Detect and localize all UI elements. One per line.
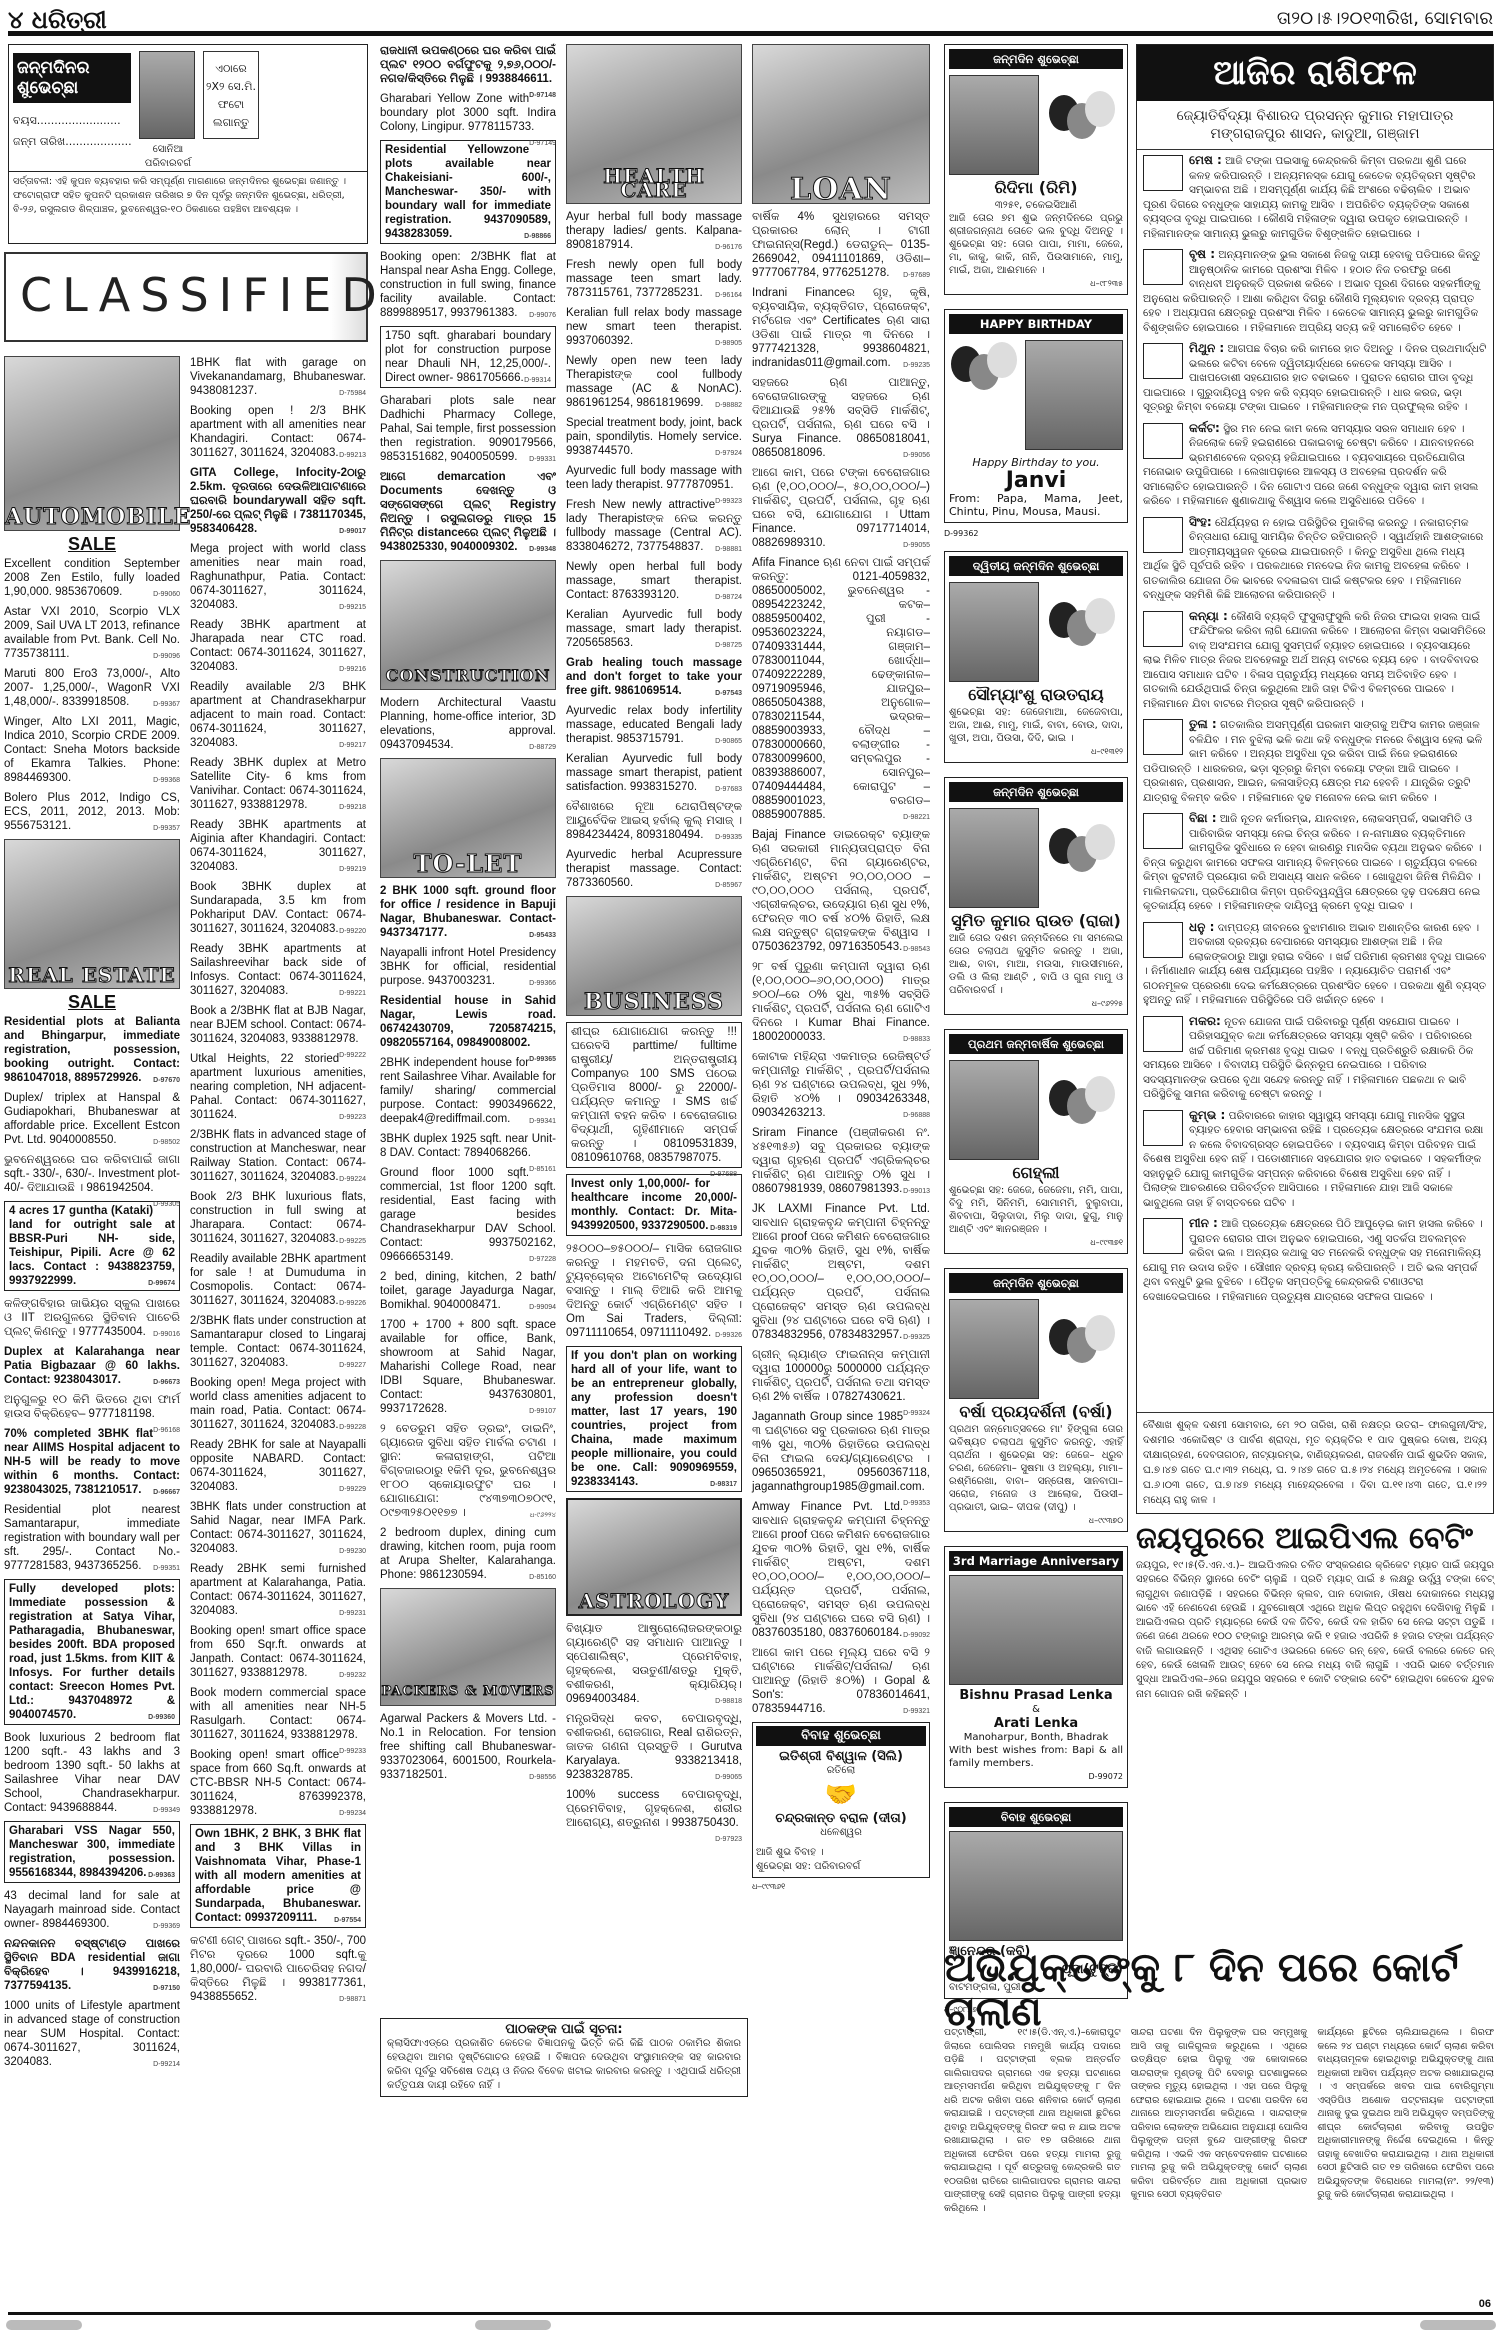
ad-code: D-98871 <box>339 1993 366 2007</box>
classified-ad: Ready 3BHK apartments at Sailashreevihar… <box>190 942 366 998</box>
ad-code: D-98221 <box>903 811 930 825</box>
balloons-icon <box>1045 808 1123 908</box>
wedding-wish-box: ବିବାହ ଶୁଭେଚ୍ଛା ଇତିଶ୍ରୀ ବିଶ୍ୱାଳ (ସିଲି) ରତ… <box>752 1722 930 1878</box>
ad-code: D-97228 <box>529 1253 556 1267</box>
wish-janmadin: ଜନ୍ମଦିନ ଶୁଭେଚ୍ଛାସୁମିତ କୁମାର ରାଉତ (ରାଜା)ଆ… <box>944 777 1128 1015</box>
ad-code: D-97149 <box>529 137 556 151</box>
classified-ad: 2 bed, dining, kitchen, 2 bath/ toilet, … <box>380 1270 556 1312</box>
ad-code: D-98818 <box>715 1695 742 1709</box>
ad-code: D-97683 <box>715 783 742 797</box>
ad-code: D-97689 <box>903 269 930 283</box>
ad-text: 100% success ବେପାରବୃଦ୍ଧି, ପ୍ରେମବିବାହ, ଗୃ… <box>566 1789 742 1829</box>
ad-code: D-99305 <box>153 1198 180 1212</box>
classified-ad: Booking open ! 2/3 BHK apartment with al… <box>190 404 366 460</box>
ad-text: ବିଖ୍ୟାତ ଆଷ୍ଟ୍ରୋଲୋଜରଙ୍କଠାରୁ ଗ୍ୟାରେଣ୍ଟି ସହ… <box>566 1623 742 1705</box>
ad-code: D-99216 <box>339 663 366 677</box>
zodiac-sign-icon <box>1143 719 1183 755</box>
wish-message: ଶୁଭେଚ୍ଛା ସହ: ଜେଜେ, ଜେଜେମା, ମମି, ପାପା, ବି… <box>949 1184 1123 1236</box>
classified-ad: Ayurvedic full body massage with teen la… <box>566 464 742 492</box>
ad-code: D-98543 <box>903 943 930 957</box>
rashi-text: ପରିବାରରେ କାହାର ସ୍ୱାସ୍ଥ୍ୟ ସମସ୍ୟା ଯୋଗୁ ମାନ… <box>1143 1110 1483 1209</box>
ad-text: 4 acres 17 guntha (Kataki) land for outr… <box>9 1205 175 1287</box>
classified-ad: ଶୀଘ୍ର ଯୋଗାଯୋଗ କରନ୍ତୁ !!! ଘରେବସି parttime… <box>566 1022 742 1168</box>
zodiac-sign-icon <box>1143 813 1183 849</box>
classified-ad: Ready 2BHK semi furnished apartment at K… <box>190 1562 366 1618</box>
classified-ad: ନନ୍ଦନକାନନ ବସ୍‌ଷ୍ଟାଣ୍ଡ ପାଖରେ ସ୍ଥିତିବାନ BD… <box>4 1937 180 1993</box>
ad-code: D-99368 <box>153 774 180 788</box>
rashi-list: ମେଷ : ଆଜି ଟଙ୍କା ପଇସାକୁ କେନ୍ଦ୍ରକରି କିମ୍ବା… <box>1137 150 1493 1307</box>
news-ipl-betting: ଜୟପୁରରେ ଆଇପିଏଲ ବେଟିଂ ଜୟପୁର, ୧୯।୫(ଡି.ଏନ.ଏ… <box>1136 1522 1494 1702</box>
ad-code: D-97923 <box>715 1833 742 1847</box>
child-name: ସୁମିତ କୁମାର ରାଉତ (ରାଜା) <box>949 914 1123 928</box>
classified-ad: ଅନୁଗୁଳରୁ ୧୦ କିମି ଭିତରେ ଥିବା ଫାର୍ମ ହାଉସ ବ… <box>4 1393 180 1421</box>
rashifal-box: ଆଜିର ରାଶିଫଳ ଜ୍ୟୋତିର୍ବିଦ୍ୟା ବିଶାରଦ ପ୍ରସନ୍… <box>1136 44 1494 1514</box>
wish-message: ଶୁଭେଚ୍ଛା ସହ: ଜେଜେମାଆ, ଜେଜେବାପା, ଅଜା, ଆଈ,… <box>949 706 1123 745</box>
ad-code: D-96667 <box>153 1486 180 1500</box>
classified-ad: Excellent condition September 2008 Zen E… <box>4 557 180 599</box>
ad-text: Book luxurious 2 bedroom flat 1200 sqft.… <box>4 1732 180 1814</box>
panjika: ବୈଶାଖ ଶୁକ୍ଳ ଦଶମୀ ସୋମବାର, ମେ ୨୦ ତାରିଖ, ରା… <box>1137 1412 1493 1513</box>
age-field[interactable]: ବୟସ........................ <box>13 110 133 131</box>
child-photo <box>949 75 1039 175</box>
rashi-entry: କନ୍ୟା : କୌଣସି ବ୍ୟକ୍ତି ଫୁସୁଲାଫୁସୁଲି କରି ନ… <box>1137 606 1493 715</box>
classified-ad: 3BHK flats under construction at Sahid N… <box>190 1500 366 1556</box>
realestate-ads: Residential plots at Balianta and Bhinga… <box>4 1015 180 2069</box>
wish-address: ୩୨୫୧, ଚକେଇସିଆଣି <box>949 199 1123 212</box>
astrology-label: ASTROLOGY <box>568 1594 740 1608</box>
wedding-wish-header: ବିବାହ ଶୁଭେଚ୍ଛା <box>756 1726 926 1746</box>
classified-ad: ଆଗେ କାମ, ପରେ ଟଙ୍କା ବେରୋଜଗାର ଋଣ (୧,୦୦,୦୦୦… <box>752 466 930 550</box>
rashi-entry: ଧନୁ : ଦାମ୍ପତ୍ୟ ଜୀବନରେ ବୁଝାମଣାର ଅଭାବ ଅଶାନ… <box>1137 917 1493 1011</box>
classified-ad: JK LAXMI Finance Pvt. Ltd. ସାବଧାନ ଗ୍ରାହକ… <box>752 1202 930 1342</box>
ad-code: D-99230 <box>339 1545 366 1559</box>
rashifal-author-block: ଜ୍ୟୋତିର୍ବିଦ୍ୟା ବିଶାରଦ ପ୍ରସନ୍ନ କୁମାର ମହାପ… <box>1137 101 1493 150</box>
classified-ad: Mega project with world class amenities … <box>190 542 366 612</box>
ad-text: Book modern commercial space with all am… <box>190 1687 366 1741</box>
rashi-text: ସ୍ଥିର ମନ ନେଇ କାମ କଲେ ସମସ୍ୟାର ସରଳ ସମାଧାନ … <box>1143 423 1478 508</box>
ad-text: ଅନୁଗୁଳରୁ ୧୦ କିମି ଭିତରେ ଥିବା ଫାର୍ମ ହାଉସ ବ… <box>4 1394 180 1420</box>
ad-text: Book a 2/3BHK flat at BJB Nagar, near BJ… <box>190 1005 366 1045</box>
ad-code: D-99226 <box>339 1297 366 1311</box>
classified-ad: Indrani Financeର ଗୃହ, କୃଷି, ବ୍ୟବସାୟିକ, ବ… <box>752 286 930 370</box>
wish-anniversary: 3rd Marriage AnniversaryBishnu Prasad Le… <box>944 1546 1128 1788</box>
ad-text: ୨ ବେଡରୁମ ସହିତ ଡ୍ରଇଂ, ଡାଇନିଂ, ଗ୍ୟାରେଜ ସୁବ… <box>380 1423 556 1519</box>
classified-ad: Grab healing touch massage and don't for… <box>566 656 742 698</box>
ad-code: D-99341 <box>529 1115 556 1129</box>
rashi-text: ଆଜି ଟଙ୍କା ପଇସାକୁ କେନ୍ଦ୍ରକରି କିମ୍ବା ପରକଥା… <box>1143 155 1476 240</box>
ad-code: D-99335 <box>715 831 742 845</box>
ad-code: D-85967 <box>715 879 742 893</box>
classified-ad: 2 BHK 1000 sqft. ground floor for office… <box>380 884 556 940</box>
rashi-name: ମୀନ : <box>1189 1216 1218 1230</box>
tolet-image: TO-LET <box>380 758 556 878</box>
wish-id: ଧ–୯୮୨୩୫ <box>949 277 1123 290</box>
classified-ad: 2/3BHK flats in advanced stage of constr… <box>190 1128 366 1184</box>
classified-ad: Keralian Ayurvedic full body massage sma… <box>566 752 742 794</box>
child-photo <box>949 808 1039 908</box>
balloons-icon <box>1045 582 1123 682</box>
classified-ad: Booking open! Mega project with world cl… <box>190 1376 366 1432</box>
scrollbar-mid[interactable] <box>475 2320 551 2330</box>
classified-ad: Fresh newly open full body massage teen … <box>566 258 742 300</box>
rashi-name: ତୁଳା : <box>1189 717 1217 731</box>
ad-code: D-99314 <box>524 374 551 388</box>
classified-ad: Booking open: 2/3BHK flat at Hanspal nea… <box>380 250 556 320</box>
zodiac-sign-icon <box>1143 155 1183 191</box>
classified-ad: Special treatment body, joint, back pain… <box>566 416 742 458</box>
page-number: 06 <box>1479 2298 1491 2310</box>
wish-id: ଧ–୯୬୨୨୫ <box>949 997 1123 1010</box>
ad-code: D-99360 <box>148 1711 175 1725</box>
classified-ad: ୨ ବେଡରୁମ ସହିତ ଡ୍ରଇଂ, ଡାଇନିଂ, ଗ୍ୟାରେଜ ସୁବ… <box>380 1422 556 1520</box>
rashi-entry: ବିଛା : ଆଜି ନୂତନ କର୍ମାରମ୍ଭ, ଯାନବାହନ, ଲୋକସ… <box>1137 808 1493 917</box>
zodiac-sign-icon <box>1143 1218 1183 1254</box>
rashi-entry: କର୍କଟ: ସ୍ଥିର ମନ ନେଇ କାମ କଲେ ସମସ୍ୟାର ସରଳ … <box>1137 418 1493 512</box>
ad-text: Afifa Finance ଋଣ ନେବା ପାଇଁ ସମ୍ପର୍କ କରନ୍ତ… <box>752 557 930 821</box>
ad-code: D-96164 <box>715 289 742 303</box>
ad-code: D-99363 <box>148 1869 175 1883</box>
zodiac-sign-icon <box>1143 517 1183 553</box>
ad-code: D-99016 <box>153 1328 180 1342</box>
ad-code: D-90865 <box>715 735 742 749</box>
realestate-sale-heading: SALE <box>4 995 180 1009</box>
balloons-icon <box>1045 1060 1123 1160</box>
ad-code: D-99674 <box>148 1277 175 1291</box>
loan-label: LOAN <box>753 183 929 197</box>
ad-text: ୨୮ ବର୍ଷ ପୁରୁଣା କମ୍ପାନୀ ଦ୍ୱାରା ଋଣ (୧,୦୦,୦… <box>752 961 930 1043</box>
ad-code: D-88729 <box>529 741 556 755</box>
ad-code: D-99060 <box>153 588 180 602</box>
classified-ad: Agarwal Packers & Movers Ltd. - No.1 in … <box>380 1712 556 1782</box>
classified-ad: Amway Finance Pvt. Ltd. ସାବଧାନ ଗ୍ରାହକବୃନ… <box>752 1500 930 1640</box>
ad-code: D-99331 <box>529 453 556 467</box>
classified-ad: 2 bedroom duplex, dining cum drawing, ki… <box>380 1526 556 1582</box>
page-label: ୪ ଧରିତ୍ରୀ <box>8 6 107 34</box>
ad-code: ଧ-୯୬୨୨୪ <box>530 1509 556 1523</box>
packers-image: PACKERS & MOVERS <box>380 1588 556 1706</box>
wish-message: ଆଜି ତୋର ୭ମ ଶୁଭ ଜନ୍ମଦିନରେ ପ୍ରଭୁ ଶ୍ରୀଜଗନ୍ନ… <box>949 212 1123 277</box>
ad-code: D-99235 <box>903 359 930 373</box>
child-photo <box>949 582 1039 682</box>
rashi-entry: ମେଷ : ଆଜି ଟଙ୍କା ପଇସାକୁ କେନ୍ଦ୍ରକରି କିମ୍ବା… <box>1137 150 1493 244</box>
classified-ad: Astar VXI 2010, Scorpio VLX 2009, Sail U… <box>4 605 180 661</box>
rashi-entry: ସିଂହ: ଧୈର୍ଯ୍ୟହରା ନ ହୋଇ ପରିସ୍ଥିତିର ମୁକାବି… <box>1137 512 1493 606</box>
automobile-sale-heading: SALE <box>4 537 180 551</box>
automobile-label: AUTOMOBILE <box>5 510 179 524</box>
ad-code: D-85160 <box>529 1571 556 1585</box>
ad-code: D-99227 <box>339 1359 366 1373</box>
ad-code: D-97148 <box>529 89 556 103</box>
astrology-image: ASTROLOGY <box>566 1498 742 1616</box>
name-2: Arati Lenka <box>949 1717 1123 1731</box>
classified-ad: 1000 units of Lifestyle apartment in adv… <box>4 1999 180 2069</box>
classified-ad: Invest only 1,00,000/- for healthcare in… <box>566 1174 742 1236</box>
rashi-name: କର୍କଟ: <box>1189 421 1220 435</box>
classified-ad: 4 acres 17 guntha (Kataki) land for outr… <box>4 1201 180 1291</box>
ad-text: Own 1BHK, 2 BHK, 3 BHK flat and 3 BHK Vi… <box>195 1828 361 1924</box>
classified-ad: Residential house in Sahid Nagar, Lewis … <box>380 994 556 1050</box>
zodiac-sign-icon <box>1143 611 1183 647</box>
ad-code: D-99231 <box>339 1607 366 1621</box>
rashi-text: ଦାମ୍ପତ୍ୟ ଜୀବନରେ ବୁଝାମଣାର ଅଭାବ ଅଶାନ୍ତିର କ… <box>1143 922 1486 1007</box>
name-field[interactable]: ନାମ......................... <box>13 89 133 110</box>
wish-header: ପ୍ରଥମ ଜନ୍ମବାର୍ଷିକ ଶୁଭେଚ୍ଛା <box>949 1034 1123 1054</box>
classified-ad: 1700 + 1700 + 800 sqft. space available … <box>380 1318 556 1416</box>
classified-ad: Gharabari plots sale near Dadhichi Pharm… <box>380 394 556 464</box>
healthcare-label: HEALTH CARE <box>567 169 741 197</box>
column-wishes: ଜନ୍ମଦିନ ଶୁଭେଚ୍ଛାରିଦିମା (ରିମି)୩୨୫୧, ଚକେଇସ… <box>944 44 1128 2027</box>
ad-code: D-97670 <box>153 1074 180 1088</box>
realestate-image: REAL ESTATE <box>4 839 180 989</box>
ad-text: 3BHK duplex 1925 sqft. near Unit-8 DAV. … <box>380 1133 556 1159</box>
classified-ad: Residential Yellowzone plots available n… <box>380 140 556 244</box>
classified-ad: Ready 2BHK for sale at Nayapalli opposit… <box>190 1438 366 1494</box>
wish-id: ଧ–୯୯୩୭୦ <box>949 1514 1123 1527</box>
classified-ad: Afifa Finance ଋଣ ନେବା ପାଇଁ ସମ୍ପର୍କ କରନ୍ତ… <box>752 556 930 822</box>
ad-text: ଆଗେ କାମ, ପରେ ଟଙ୍କା ବେରୋଜଗାର ଋଣ (୧,୦୦,୦୦୦… <box>752 467 930 549</box>
classified-ad: ୨୫୦୦୦–୭୫୦୦୦/– ମାସିକ ରୋଜଗାର କରନ୍ତୁ । ମହମବ… <box>566 1242 742 1340</box>
classified-ad: Readily available 2BHK apartment for sal… <box>190 1252 366 1308</box>
ampersand: & <box>949 1703 1123 1717</box>
classified-ad: Maruti 800 Ero3 73,000/-, Alto 2007- 1,2… <box>4 667 180 709</box>
ad-code: D-99213 <box>339 449 366 463</box>
classified-ad: Residential plot nearest Samantarapur, i… <box>4 1503 180 1573</box>
wish-from: With best wishes from: Bapi & all family… <box>949 1744 1123 1770</box>
ad-text: ଆଗେ demarcation ଏବଂ Documents ଦେଖନ୍ତୁ ଓ … <box>380 471 556 553</box>
classified-ad: If you don't plan on working hard all of… <box>566 1346 742 1492</box>
classified-title: CLASSIFIED <box>20 268 387 322</box>
ad-code: D-99349 <box>153 1804 180 1818</box>
rashi-text: ଆଜି ନୂତନ କର୍ମାରମ୍ଭ, ଯାନବାହନ, ଲୋକସମ୍ପର୍କ,… <box>1143 813 1482 912</box>
rashi-text: ନୂତନ ଯୋଜନା ପାଇଁ ପରିବାରରୁ ପୂର୍ଣ୍ଣ ସହଯୋଗ ପ… <box>1143 1016 1473 1101</box>
balloons-icon <box>949 340 1019 440</box>
ad-code: D-99229 <box>339 1483 366 1497</box>
classified-ad: Readily available 2/3 BHK apartment at C… <box>190 680 366 750</box>
classified-ad: ଭୁବନେଶ୍ୱରରେ ଘର କରିବାପାଇଁ ଜାଗା sqft.- 330… <box>4 1153 180 1195</box>
ad-text: Indrani Financeର ଗୃହ, କୃଷି, ବ୍ୟବସାୟିକ, ବ… <box>752 287 930 369</box>
dob-field[interactable]: ଜନ୍ମ ତାରିଖ................... <box>13 131 133 152</box>
ad-code: D-99351 <box>153 1562 180 1576</box>
ad-code: D-98882 <box>715 399 742 413</box>
child-name: ସୌମ୍ୟାଂଶୁ ରାଉତରାୟ <box>949 688 1123 702</box>
realestate-label: REAL ESTATE <box>5 968 179 982</box>
automobile-image: AUTOMOBILE <box>4 356 180 531</box>
ad-code: D-97150 <box>153 1982 180 1996</box>
wish-id: D-99362 <box>944 527 1128 541</box>
classified-ad: GITA College, Infocity-2ଠାରୁ 2.5km. ଦୂରତ… <box>190 466 366 536</box>
classified-ad: ମନ୍ତ୍ରସିଦ୍ଧ କବଚ, ବେପାରବୃଦ୍ଧି, ବଶୀକରଣ, ରୋ… <box>566 1712 742 1782</box>
rashi-entry: ମିଥୁନ : ଆଗପଛ ବିଚାର କରି କାମରେ ହାତ ଦିଅନ୍ତୁ… <box>1137 338 1493 418</box>
news-court-challan: ଅଭିଯୁକ୍ତଙ୍କୁ ୮ ଦିନ ପରେ କୋର୍ଟ ଚାଲାଣ <box>944 1790 1494 2034</box>
classified-ad: କୋଟାକ ମହିନ୍ଦ୍ରା ଏକମାତ୍ର ରେଜିଷ୍ଟର୍ଡ କମ୍ପା… <box>752 1050 930 1120</box>
ad-code: D-99233 <box>339 1745 366 1759</box>
groom-place: ଧଳେଶ୍ୱର <box>756 1826 926 1840</box>
coupon-photo-box[interactable]: ଏଠାରେ ୨X୨ ସେ.ମି. ଫଟୋ ଲଗାନ୍ତୁ <box>203 51 259 139</box>
classified-ad: Book a 2/3BHK flat at BJB Nagar, near BJ… <box>190 1004 366 1046</box>
ad-text: ସହଜରେ ଋଣ ପାଆନ୍ତୁ, ବେରୋଜଗାରଙ୍କୁ ସହଜରେ ଋଣ … <box>752 377 930 459</box>
rashi-name: ବୃଷ : <box>1189 247 1215 261</box>
ad-text: Residential house in Sahid Nagar, Lewis … <box>380 995 556 1049</box>
classified-ad: Modern Architectural Vaastu Planning, ho… <box>380 696 556 752</box>
ad-code: D-75984 <box>339 387 366 401</box>
ad-code: D-97924 <box>715 447 742 461</box>
news-body: ଜୟପୁର, ୧୯।୫(ଡି.ଏନ.ଏ.)– ଆଇପିଏଲର ଚଳିତ ସଂସ୍… <box>1136 1559 1494 1702</box>
issue-date: ତା୨୦।୫।୨୦୧୩ରିଖ, ସୋମବାର <box>1277 8 1493 29</box>
ad-code: D-99215 <box>339 601 366 615</box>
zodiac-sign-icon <box>1143 343 1183 379</box>
classified-ad: Book luxurious 2 bedroom flat 1200 sqft.… <box>4 1731 180 1815</box>
ad-code: D-99325 <box>903 1331 930 1345</box>
rashi-entry: ମକର: ନୂତନ ଯୋଜନା ପାଇଁ ପରିବାରରୁ ପୂର୍ଣ୍ଣ ସହ… <box>1137 1011 1493 1105</box>
ad-code: D-99220 <box>339 925 366 939</box>
reader-notice: ପାଠକଙ୍କ ପାଇଁ ସୂଚନା: କ୍ଲାସିଫାଏଡ୍‌ରେ ପ୍ରକା… <box>380 2018 748 2097</box>
ad-text: Fully developed plots: Immediate possess… <box>9 1583 175 1721</box>
ad-code: D-96888 <box>903 1109 930 1123</box>
construction-label: CONSTRUCTION <box>381 669 555 683</box>
automobile-ads: Excellent condition September 2008 Zen E… <box>4 557 180 833</box>
wish-id: ଧ–୯୯୩୭୧ <box>949 1236 1123 1249</box>
ad-code: D-99221 <box>339 987 366 1001</box>
ad-code: D-99224 <box>339 1173 366 1187</box>
rashifal-address: ମଙ୍ଗରାଜପୁର ଶାସନ, କାଦୁଆ, ଗଞ୍ଜାମ <box>1143 125 1487 143</box>
ad-code: D-99092 <box>903 1629 930 1643</box>
ad-code: D-99013 <box>903 1185 930 1199</box>
balloons-icon <box>1045 1299 1123 1399</box>
classified-ad: 1BHK flat with garage on Vivekanandamarg… <box>190 356 366 398</box>
footer-rule <box>8 2312 1493 2315</box>
birthday-coupon: ଜନ୍ମଦିନର ଶୁଭେଚ୍ଛା ସୋନିଆ ପରିବାରବର୍ଗ ଏଠାରେ… <box>8 44 368 244</box>
page-header: ୪ ଧରିତ୍ରୀ ତା୨୦।୫।୨୦୧୩ରିଖ, ସୋମବାର <box>8 6 1493 36</box>
classified-ad: ବାର୍ଷିକ 4% ସୁଧହାରରେ ସମସ୍ତ ପ୍ରକାରର ଲୋନ୍ ।… <box>752 210 930 280</box>
classified-ad: 3BHK duplex 1925 sqft. near Unit-8 DAV. … <box>380 1132 556 1160</box>
news-court-body: ପଟ୍ଟାଙ୍ଗୀ, ୧୯।୫(ଡି.ଏନ୍.ଏ.)–କୋରାପୁଟ ଜିଲାର… <box>944 2026 1494 2215</box>
bride-name: ଇତିଶ୍ରୀ ବିଶ୍ୱାଳ (ସିଲି) <box>756 1750 926 1764</box>
bride-place: ରତିଲୋ <box>756 1764 926 1778</box>
classified-ad: ସହଜରେ ଋଣ ପାଆନ୍ତୁ, ବେରୋଜଗାରଙ୍କୁ ସହଜରେ ଋଣ … <box>752 376 930 460</box>
ad-code: D-99214 <box>153 2058 180 2072</box>
column-property: 1BHK flat with garage on Vivekanandamarg… <box>190 356 366 2010</box>
zodiac-sign-icon <box>1143 249 1183 285</box>
wish-header: ଦ୍ୱିତୀୟ ଜନ୍ମଦିନ ଶୁଭେଚ୍ଛା <box>949 556 1123 576</box>
balloons-icon <box>1045 75 1123 175</box>
classified-ad: Gharabari VSS Nagar 550, Mancheswar 300,… <box>4 1821 180 1883</box>
ad-code: D-99357 <box>153 822 180 836</box>
ad-code: D-99353 <box>903 1497 930 1511</box>
ad-code: D-98317 <box>710 1478 737 1492</box>
classified-ad: Duplex at Kalarahanga near Patia Bigbaza… <box>4 1345 180 1387</box>
column-construction-tolet: ରାଜଧାନୀ ଉପକଣ୍ଠରେ ଘର କରିବା ପାଇଁ ପ୍ଲଟ ୧୨୦୦… <box>380 44 556 1788</box>
ad-code: D-99094 <box>529 1301 556 1315</box>
ad-text: Ayurvedic full body massage with teen la… <box>566 465 742 491</box>
business-image: BUSINESS <box>566 896 742 1016</box>
ad-code: D-99107 <box>529 1405 556 1419</box>
ad-text: Ground floor 1000 sqft. commercial, 1st … <box>380 1167 556 1263</box>
classified-ad: Keralian Ayurvedic full body massage, sm… <box>566 608 742 650</box>
coupon-terms: ସର୍ତ୍ତାବଳୀ: ଏହି କୁପନ ବ୍ୟବହାର କରି ସମ୍ପୂର୍… <box>9 171 367 220</box>
child-name: ଗେହ୍ଲୀ <box>949 1166 1123 1180</box>
column-automobile-realestate: AUTOMOBILE SALE Excellent condition Sept… <box>4 356 180 2075</box>
classified-ad: ରାଜଧାନୀ ଉପକଣ୍ଠରେ ଘର କରିବା ପାଇଁ ପ୍ଲଟ ୧୨୦୦… <box>380 44 556 86</box>
ad-code: D-99365 <box>529 1053 556 1067</box>
child-name: ବର୍ଷା ପ୍ରୟଦର୍ଶିନୀ (ବର୍ଷା) <box>949 1405 1123 1419</box>
rashi-text: ଅନ୍ୟମାନଙ୍କ ଭୁଲ ସକାଶେ ନିଜକୁ ଦାୟୀ ହେବାକୁ ପ… <box>1143 249 1480 334</box>
rashi-text: ଆଜି ପ୍ରତ୍ୟେକ କ୍ଷେତ୍ରରେ ପିଠି ଆପୁଡ଼େଇ କାମ … <box>1143 1218 1483 1303</box>
ad-text: ଗ୍ରୀନ୍ ଲ୍ୟାଣ୍ଡ ଫାଇନାନ୍ସ କମ୍ପାନୀ ଦ୍ୱାରା 1… <box>752 1349 930 1403</box>
rashi-name: ବିଛା : <box>1189 811 1217 825</box>
classified-ad: କଳିଙ୍ଗବିହାର ଜାଭିୟର ସ୍କୁଲ ପାଖରେ ଓ IIT ଅରଗ… <box>4 1297 180 1339</box>
classified-ad: Winger, Alto LXI 2011, Magic, Indica 201… <box>4 715 180 785</box>
rashi-name: ଧନୁ : <box>1189 920 1214 934</box>
zodiac-sign-icon <box>1143 922 1183 958</box>
rashi-entry: କୁମ୍ଭ : ପରିବାରରେ କାହାର ସ୍ୱାସ୍ଥ୍ୟ ସମସ୍ୟା … <box>1137 1105 1493 1214</box>
tolet-label: TO-LET <box>381 857 555 871</box>
ad-text: JK LAXMI Finance Pvt. Ltd. ସାବଧାନ ଗ୍ରାହକ… <box>752 1203 930 1341</box>
loan-image: LOAN <box>752 44 930 204</box>
classified-ad: କଟଣୀ ଗେଟ୍ ପାଖରେ sqft.- 350/-, 700 ମିଟର ଦ… <box>190 1934 366 2004</box>
ad-code: D-99017 <box>339 525 366 539</box>
ad-code: D-98556 <box>529 1771 556 1785</box>
ad-text: ୨୫୦୦୦–୭୫୦୦୦/– ମାସିକ ରୋଜଗାର କରନ୍ତୁ । ମହମବ… <box>566 1243 742 1339</box>
rashi-entry: ବୃଷ : ଅନ୍ୟମାନଙ୍କ ଭୁଲ ସକାଶେ ନିଜକୁ ଦାୟୀ ହେ… <box>1137 244 1493 338</box>
classified-ad: Newly open new teen lady Therapistଙ୍କ co… <box>566 354 742 410</box>
ad-code: D-99324 <box>903 1407 930 1421</box>
ad-code: D-98866 <box>524 230 551 244</box>
classified-banner: CLASSIFIED <box>4 252 368 342</box>
ad-code: D-99366 <box>529 977 556 991</box>
classified-ad: Ayur herbal full body massage therapy la… <box>566 210 742 252</box>
classified-ad: 100% success ବେପାରବୃଦ୍ଧି, ପ୍ରେମବିବାହ, ଗୃ… <box>566 1788 742 1830</box>
ad-code: D-96673 <box>153 1376 180 1390</box>
classified-ad: 2/3BHK flats under construction at Saman… <box>190 1314 366 1370</box>
ad-code: D-99326 <box>715 1329 742 1343</box>
ad-text: ଭୁବନେଶ୍ୱରରେ ଘର କରିବାପାଇଁ ଜାଗା sqft.- 330… <box>4 1154 180 1194</box>
zodiac-sign-icon <box>1143 1110 1183 1146</box>
ad-code: D-98905 <box>715 337 742 351</box>
ad-code: D-99219 <box>339 863 366 877</box>
rashi-name: ମେଷ : <box>1189 153 1222 167</box>
classified-ad: Fully developed plots: Immediate possess… <box>4 1579 180 1725</box>
reader-notice-title: ପାଠକଙ୍କ ପାଇଁ ସୂଚନା: <box>387 2022 741 2037</box>
rashi-name: କୁମ୍ଭ : <box>1189 1108 1225 1122</box>
rashi-text: କୌଣସି ବ୍ୟକ୍ତି ଫୁସୁଲାଫୁସୁଲି କରି ନିଜର ଫାଇଦ… <box>1143 611 1486 710</box>
ad-code: D-99225 <box>339 1235 366 1249</box>
rashi-entry: ତୁଳା : ଗତକାଲିର ଅସମ୍ପୂର୍ଣ୍ଣ ଘରକାମ ସାଙ୍ଗକୁ… <box>1137 714 1493 808</box>
classified-ad: Nayapalli infront Hotel Presidency 3BHK … <box>380 946 556 988</box>
wish-message: ଆଜି ତୋର ଦଶମ ଜନ୍ମଦିନରେ ମା ସମଲେଇ ତୋର ଚଲାପଥ… <box>949 932 1123 997</box>
wish-header: ଜନ୍ମଦିନ ଶୁଭେଚ୍ଛା <box>949 782 1123 802</box>
rashifal-author: ଜ୍ୟୋତିର୍ବିଦ୍ୟା ବିଶାରଦ ପ୍ରସନ୍ନ କୁମାର ମହାପ… <box>1143 107 1487 125</box>
wish-id: ଧ–୯୧୩୧୨ <box>949 745 1123 758</box>
ad-text: If you don't plan on working hard all of… <box>571 1350 737 1488</box>
ad-text: 1700 + 1700 + 800 sqft. space available … <box>380 1319 556 1415</box>
healthcare-image: HEALTH CARE <box>566 44 742 204</box>
ad-code: D-99234 <box>339 1807 366 1821</box>
rashi-name: ମିଥୁନ : <box>1189 341 1224 355</box>
wish-header: ଜନ୍ମଦିନ ଶୁଭେଚ୍ଛା <box>949 49 1123 69</box>
classified-ad: ୨୮ ବର୍ଷ ପୁରୁଣା କମ୍ପାନୀ ଦ୍ୱାରା ଋଣ (୧,୦୦,୦… <box>752 960 930 1044</box>
rashifal-title: ଆଜିର ରାଶିଫଳ <box>1137 45 1493 101</box>
wish-from: From: Papa, Mama, Jeet, Chintu, Pinu, Mo… <box>949 492 1123 518</box>
scrollbar-left[interactable] <box>6 2320 82 2330</box>
ad-code: D-98502 <box>153 1136 180 1150</box>
ad-code: D-97554 <box>334 1914 361 1928</box>
scrollbar-right[interactable] <box>1420 2320 1496 2330</box>
ad-text: Amway Finance Pvt. Ltd. ସାବଧାନ ଗ୍ରାହକବୃନ… <box>752 1501 930 1639</box>
column-loan: LOAN ବାର୍ଷିକ 4% ସୁଧହାରରେ ସମସ୍ତ ପ୍ରକାରର ଲ… <box>752 44 930 1894</box>
ad-code: D-99056 <box>903 449 930 463</box>
rashi-name: ସିଂହ: <box>1189 515 1212 529</box>
news-headline: ଅଭିଯୁକ୍ତଙ୍କୁ ୮ ଦିନ ପରେ କୋର୍ଟ ଚାଲାଣ <box>944 1946 1494 2034</box>
